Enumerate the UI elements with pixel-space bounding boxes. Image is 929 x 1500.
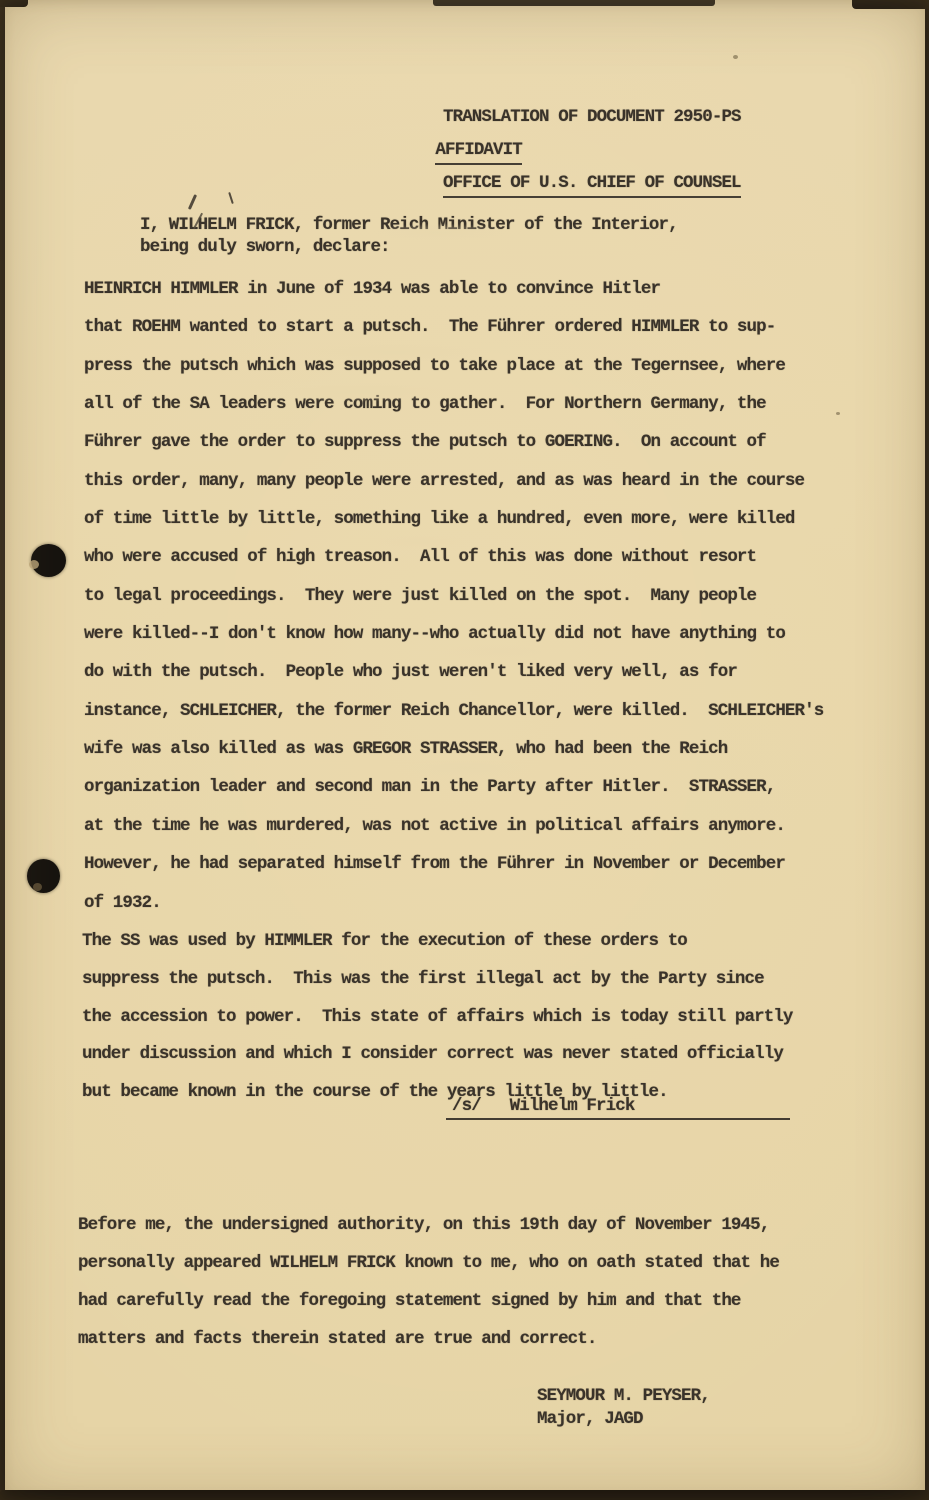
signature-text: /s/ Wilhelm Frick [446, 1096, 634, 1116]
text-line: SEYMOUR M. PEYSER, [537, 1386, 710, 1409]
text-line: organization leader and second man in th… [84, 777, 823, 815]
text-line: at the time he was murdered, was not act… [84, 816, 823, 854]
text-line: HEINRICH HIMMLER in June of 1934 was abl… [84, 279, 823, 317]
text-line: were killed--I don't know how many--who … [84, 624, 823, 662]
text-line: this order, many, many people were arres… [84, 471, 823, 509]
scan-edge-bottom [0, 1490, 929, 1500]
text-line: all of the SA leaders were coming to gat… [84, 394, 823, 432]
text-line: instance, SCHLEICHER, the former Reich C… [84, 701, 823, 739]
text-line: suppress the putsch. This was the first … [82, 969, 793, 1007]
text-line: Major, JAGD [537, 1409, 710, 1432]
paper-speck [836, 412, 840, 415]
text-line: The SS was used by HIMMLER for the execu… [82, 931, 793, 969]
signature-line: /s/ Wilhelm Frick [446, 1096, 790, 1120]
text-line: personally appeared WILHELM FRICK known … [78, 1253, 779, 1291]
text-line: press the putsch which was supposed to t… [84, 356, 823, 394]
scan-edge-top-middle [433, 0, 715, 6]
paper-speck [733, 55, 738, 59]
text-line: to legal proceedings. They were just kil… [84, 586, 823, 624]
text-line: Führer gave the order to suppress the pu… [84, 432, 823, 470]
scan-edge-right [925, 0, 929, 1500]
document-page: TRANSLATION OF DOCUMENT 2950-PS OFFICE O… [0, 0, 929, 1500]
text-line: wife was also killed as was GREGOR STRAS… [84, 739, 823, 777]
closing-signature-block: SEYMOUR M. PEYSER,Major, JAGD [537, 1326, 710, 1431]
scan-edge-left [0, 0, 5, 1500]
text-line: do with the putsch. People who just were… [84, 662, 823, 700]
paper-speck [205, 823, 208, 828]
scan-edge-top-right [852, 0, 929, 9]
text-line: under discussion and which I consider co… [82, 1044, 793, 1082]
hole-punch-top [31, 544, 66, 577]
text-line: had carefully read the foregoing stateme… [78, 1291, 779, 1329]
text-line: the accession to power. This state of af… [82, 1007, 793, 1045]
hole-punch-bottom [27, 859, 60, 893]
text-line: that ROEHM wanted to start a putsch. The… [84, 317, 823, 355]
scan-edge-top-left [0, 0, 28, 7]
body-paragraph-1: HEINRICH HIMMLER in June of 1934 was abl… [84, 219, 823, 931]
text-line: of time little by little, something like… [84, 509, 823, 547]
text-line: who were accused of high treason. All of… [84, 547, 823, 585]
text-line: Before me, the undersigned authority, on… [78, 1215, 779, 1253]
body-paragraph-2: The SS was used by HIMMLER for the execu… [82, 871, 793, 1120]
